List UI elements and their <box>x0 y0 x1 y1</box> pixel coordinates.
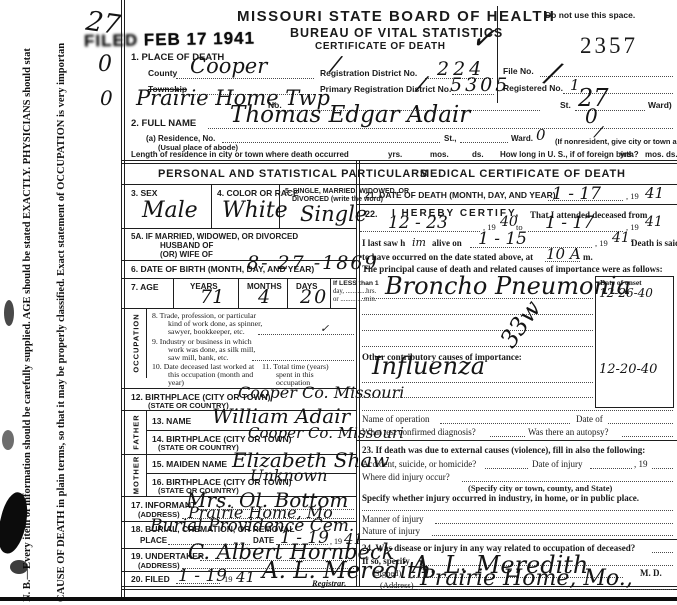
cell-divider <box>146 410 147 454</box>
pen-mark-zero-2: 0 <box>100 86 113 110</box>
husband-of-label: HUSBAND OF <box>160 241 213 250</box>
death-said-label: Death is said <box>631 238 677 248</box>
lastsaw-label-1: I last saw h <box>362 238 405 248</box>
dotted-line <box>432 535 673 536</box>
dotted-line <box>462 481 673 482</box>
residence-label: (a) Residence, No. <box>146 134 215 143</box>
other-causes-value: Influenza <box>372 352 485 380</box>
manner-label: Manner of injury <box>362 514 423 524</box>
undertaker-address-label: (ADDRESS) <box>138 561 180 570</box>
rule <box>121 308 356 309</box>
wife-of-label: (OR) WIFE OF <box>160 250 213 259</box>
ifso-label: If so, specify <box>362 556 410 566</box>
filed-stamp-word: FILED <box>84 31 138 51</box>
personal-section-title: PERSONAL AND STATISTICAL PARTICULARS <box>158 168 428 180</box>
certificate-number: 2357 <box>580 33 638 59</box>
months-value: 4 <box>258 286 270 308</box>
form-doc-type: CERTIFICATE OF DEATH <box>315 41 446 52</box>
occupation-row8-line3: sawyer, bookkeeper, etc. <box>168 327 245 336</box>
specify-where-label: Specify whether injury occurred in indus… <box>362 493 639 503</box>
dotted-line <box>176 583 220 584</box>
death-certificate-scan: N. B.—Every item of information should b… <box>0 0 677 605</box>
occurred-label: to have occurred on the date stated abov… <box>362 252 533 262</box>
rule <box>121 160 677 164</box>
operation-label: Name of operation <box>362 414 429 424</box>
dotted-line <box>362 314 593 315</box>
pen-mark-zero-1: 0 <box>98 52 112 77</box>
dotted-line <box>252 360 354 361</box>
principal-cause-value: Broncho Pneumonia <box>385 272 631 300</box>
form-title: MISSOURI STATE BOARD OF HEALTH <box>237 8 555 25</box>
full-name-label: 2. FULL NAME <box>131 118 196 129</box>
nonresident-label: (If nonresident, give city or town and S… <box>555 137 677 146</box>
nature-label: Nature of injury <box>362 526 420 536</box>
specify-city-label: (Specify city or town, county, and State… <box>468 483 612 493</box>
pen-mark-zero-name: 0 <box>585 104 598 128</box>
filed-stamp-date: FEB 17 1941 <box>144 29 256 50</box>
mother-birthplace-value: Unknown <box>250 466 327 485</box>
occupation-row9-line3: saw mill, bank, etc. <box>168 353 229 362</box>
father-vertical-label: FATHER <box>132 414 141 449</box>
dotted-line <box>362 330 593 331</box>
medical-section-title: MEDICAL CERTIFICATE OF DEATH <box>420 168 626 180</box>
injury-19-label: , 19 <box>634 459 648 469</box>
ds-label-2: ds. <box>666 150 677 159</box>
dotted-line <box>652 552 673 553</box>
filed-year-value: 41 <box>236 568 255 586</box>
full-name-value: Thomas Edgar Adair <box>230 102 470 128</box>
pen-scribble: 33w <box>494 295 546 353</box>
dob-value: 8- 27 -1869 <box>247 252 379 274</box>
occupation-row10-line3: year) <box>168 378 184 387</box>
occupation-vertical-label: OCCUPATION <box>132 313 141 372</box>
occurred-m-label: m. <box>583 252 593 262</box>
dotted-line <box>652 468 673 469</box>
howlong-label: How long in U. S., if of foreign birth? <box>500 150 639 159</box>
registration-district-label: Registration District No. <box>320 68 417 78</box>
street-label: St. <box>560 100 571 110</box>
dotted-line <box>208 128 673 129</box>
physician-address: Prairie Home, Mo., <box>420 566 633 591</box>
yrs-label: yrs. <box>388 150 402 159</box>
father-name-label: 13. NAME <box>152 416 191 426</box>
yrs-label-2: yrs. <box>620 150 634 159</box>
dod-year-value: 41 <box>645 184 664 202</box>
rule <box>356 204 677 205</box>
signed-label: (Signed) <box>372 568 401 578</box>
do-not-use-label: Do not use this space. <box>545 10 635 20</box>
onset-value-2: 12-20-40 <box>599 362 657 377</box>
dotted-line <box>362 298 593 299</box>
date-of-death-label: 21. DATE OF DEATH (MONTH, DAY, AND YEAR) <box>365 190 556 200</box>
test-label: What test confirmed diagnosis? <box>362 427 476 437</box>
mos-label: mos. <box>430 150 449 159</box>
filed-year-prefix: 19 <box>224 574 233 584</box>
mos-label-2: mos. <box>645 150 664 159</box>
cell-divider <box>173 278 174 308</box>
dotted-line <box>590 468 632 469</box>
rule <box>356 539 677 540</box>
ward-label: Ward) <box>648 100 672 110</box>
accident-label: Accident, suicide, or homicide? <box>362 459 476 469</box>
occurred-time-value: 10 A <box>546 245 581 263</box>
to-year-value: 41 <box>645 214 663 230</box>
occupation-check: ✓ <box>320 322 329 335</box>
dotted-line <box>622 436 673 437</box>
county-value: Cooper <box>190 54 267 78</box>
mother-name-label: 15. MAIDEN NAME <box>152 459 227 469</box>
dotted-line <box>490 436 525 437</box>
primary-registration-label: Primary Registration District No. <box>320 84 451 94</box>
cell-divider <box>146 454 147 496</box>
primary-registration-value: 5305 <box>450 74 510 96</box>
lastsaw-label-2: alive on <box>432 238 462 248</box>
where-injury-label: Where did injury occur? <box>362 472 450 482</box>
autopsy-label: Was there an autopsy? <box>528 427 609 437</box>
lastsaw-value: 1 - 15 <box>478 229 527 249</box>
residence-st-label: St., <box>444 134 456 143</box>
dotted-line <box>362 382 593 383</box>
address-label: (Address) <box>380 580 414 590</box>
cell-divider <box>146 308 147 378</box>
less-than-label-2: day, ............hrs. <box>333 288 376 295</box>
dod-year-prefix: , 19 <box>626 191 639 201</box>
dotted-line <box>435 523 673 524</box>
cell-divider <box>287 278 288 308</box>
less-than-label-1: If LESS than 1 <box>333 280 379 287</box>
operation-date-label: Date of <box>576 414 603 424</box>
residence-ward-label: Ward. <box>511 134 533 143</box>
rule <box>121 228 356 229</box>
dotted-line <box>362 397 593 398</box>
dotted-line <box>362 410 673 411</box>
lastsaw-him: im <box>412 236 426 249</box>
md-label: M. D. <box>640 568 662 578</box>
c23-label: 23. If death was due to external causes … <box>362 445 645 455</box>
dotted-line <box>540 76 673 77</box>
dotted-line <box>362 510 673 511</box>
dotted-line <box>440 423 570 424</box>
date-of-death-value: 1 - 17 <box>552 184 601 204</box>
scan-artifact <box>4 300 14 326</box>
form-left-border <box>121 0 125 597</box>
sex-value: Male <box>142 198 198 223</box>
5a-label: 5A. IF MARRIED, WIDOWED, OR DIVORCED <box>131 232 298 241</box>
scan-edge <box>0 597 677 601</box>
days-value: 20 <box>300 286 328 308</box>
cell-divider <box>330 278 331 308</box>
injury-date-label: Date of injury <box>532 459 582 469</box>
dotted-line <box>460 142 508 143</box>
age-label: 7. AGE <box>131 282 159 292</box>
years-value: 71 <box>200 286 224 308</box>
registrar-label: Registrar. <box>312 578 346 588</box>
ds-label: ds. <box>472 150 484 159</box>
birthplace-value: Cooper Co. Missouri <box>238 383 404 402</box>
burial-place-label: PLACE <box>140 536 167 545</box>
race-value: White <box>222 198 288 223</box>
attended-from-value: 12 - 23 <box>388 213 448 233</box>
cell-divider <box>211 184 212 228</box>
mother-vertical-label: MOTHER <box>132 456 141 495</box>
dotted-line <box>485 468 528 469</box>
rule <box>356 440 677 441</box>
father-birthplace-sub: (STATE OR COUNTRY) <box>158 443 239 452</box>
dotted-line <box>176 78 314 79</box>
marital-value: Single <box>300 202 367 226</box>
dotted-line <box>222 142 440 143</box>
attended-to-value: 1 - 17 <box>545 213 594 233</box>
cell-divider <box>238 278 239 308</box>
filed-label: 20. FILED <box>131 574 170 584</box>
filed-stamp: FILED FEB 17 1941 <box>84 29 255 52</box>
lastsaw-year-prefix: , 19 <box>595 238 608 248</box>
scan-artifact <box>10 560 28 574</box>
scan-artifact <box>2 430 14 450</box>
c22-number: 22. <box>365 209 378 219</box>
dotted-line <box>258 334 354 335</box>
margin-note-line2: CAUSE OF DEATH in plain terms, so that i… <box>56 43 67 602</box>
county-label: County <box>148 68 177 78</box>
length-residence-label: Length of residence in city or town wher… <box>131 150 349 159</box>
sex-label: 3. SEX <box>131 188 157 198</box>
pen-mark-zero-ward: 0 <box>536 126 546 144</box>
dotted-line <box>608 423 673 424</box>
dotted-line <box>362 346 593 347</box>
